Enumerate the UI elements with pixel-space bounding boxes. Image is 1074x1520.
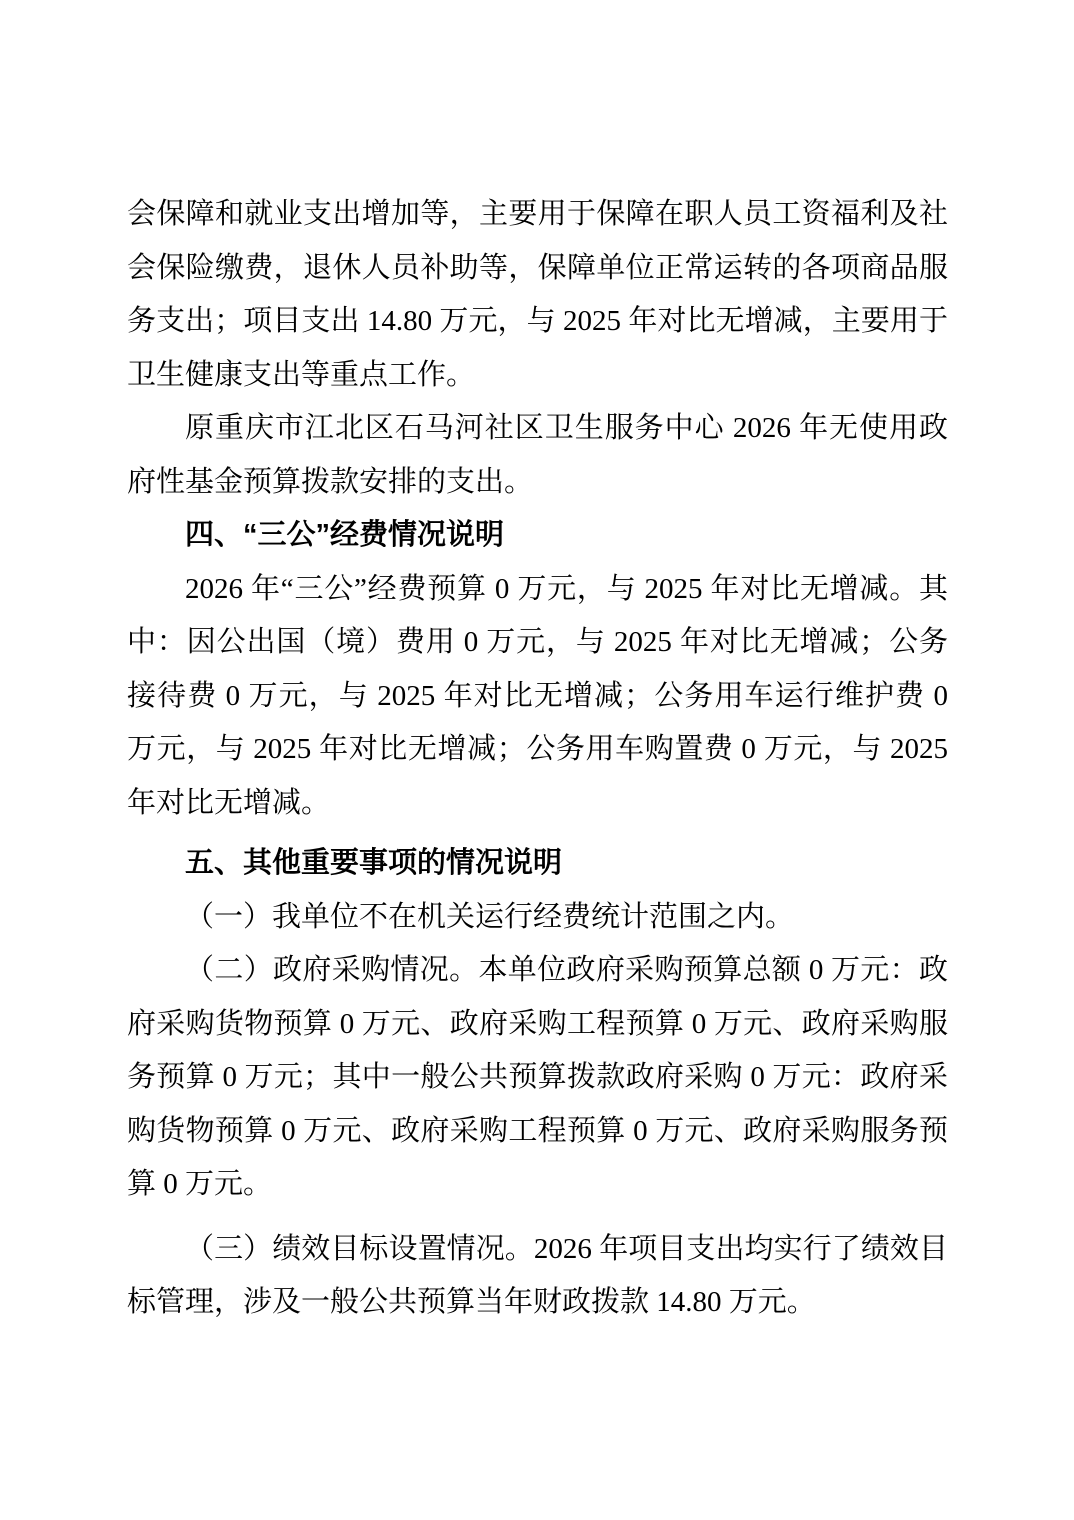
document-body: 会保障和就业支出增加等，主要用于保障在职人员工资福利及社会保险缴费，退休人员补助… [127,188,948,1330]
paragraph-gov-fund-budget: 原重庆市江北区石马河社区卫生服务中心 2026 年无使用政府性基金预算拨款安排的… [127,402,948,509]
heading-section-5-other-important-matters: 五、其他重要事项的情况说明 [127,837,948,891]
paragraph-item-3-performance-targets: （三）绩效目标设置情况。2026 年项目支出均实行了绩效目标管理，涉及一般公共预… [127,1223,948,1330]
paragraph-item-1-operating-expense-scope: （一）我单位不在机关运行经费统计范围之内。 [127,891,948,945]
paragraph-three-public-funds-detail: 2026 年“三公”经费预算 0 万元，与 2025 年对比无增减。其中：因公出… [127,563,948,831]
paragraph-continuation-basic-expenditure: 会保障和就业支出增加等，主要用于保障在职人员工资福利及社会保险缴费，退休人员补助… [127,188,948,402]
heading-section-4-three-public-funds: 四、“三公”经费情况说明 [127,509,948,563]
paragraph-item-2-government-procurement: （二）政府采购情况。本单位政府采购预算总额 0 万元：政府采购货物预算 0 万元… [127,944,948,1212]
document-page: 会保障和就业支出增加等，主要用于保障在职人员工资福利及社会保险缴费，退休人员补助… [0,0,1074,1520]
